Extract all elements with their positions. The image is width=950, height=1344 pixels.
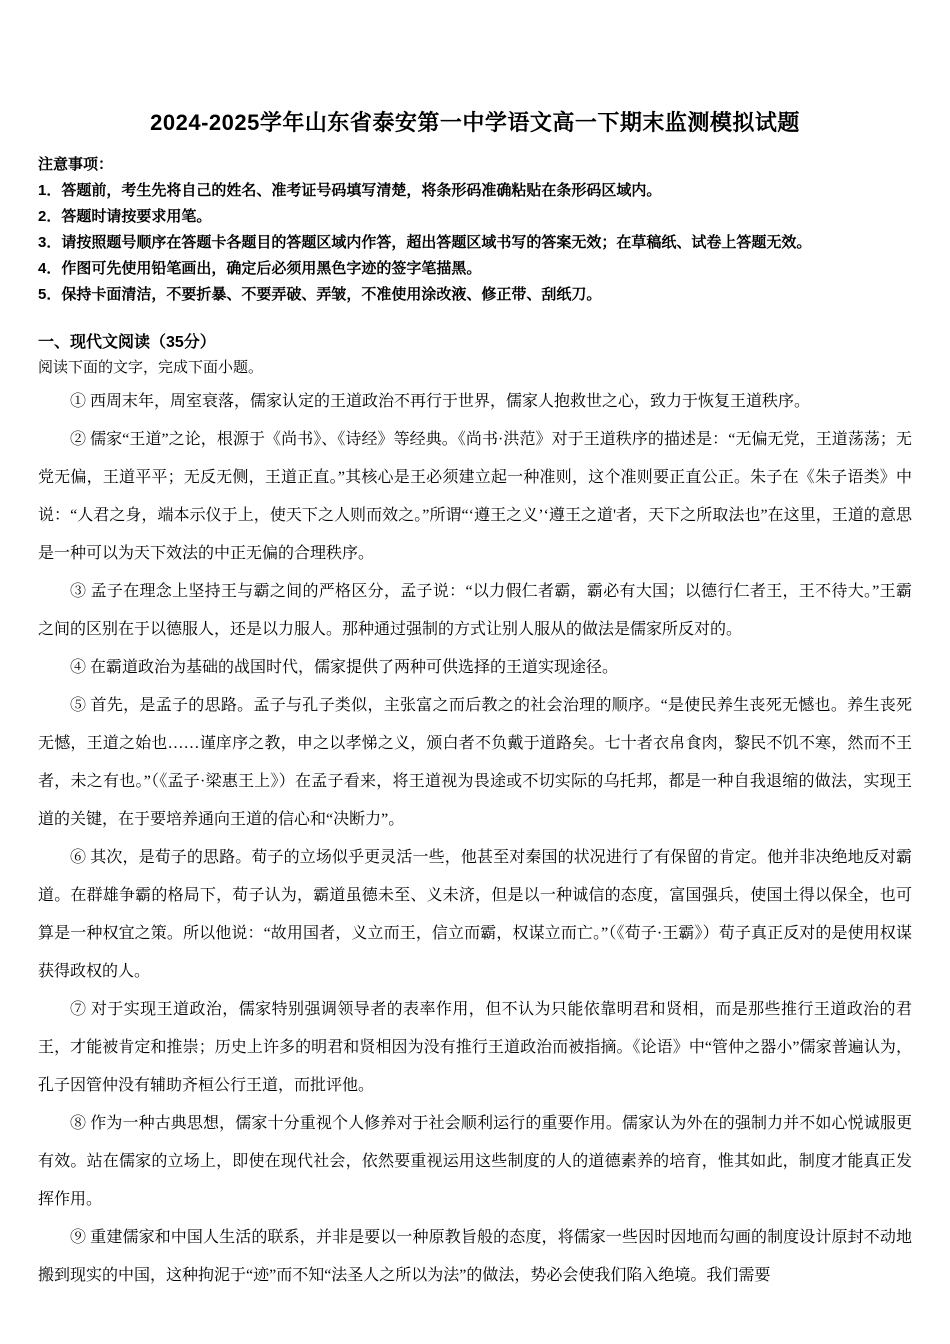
- passage-paragraph-9: ⑨ 重建儒家和中国人生活的联系，并非是要以一种原教旨般的态度，将儒家一些因时因地…: [38, 1219, 912, 1295]
- section-heading: 一、现代文阅读（35分）: [38, 330, 912, 355]
- exam-paper-page: 2024-2025学年山东省泰安第一中学语文高一下期末监测模拟试题 注意事项： …: [0, 0, 950, 1344]
- passage-paragraph-8: ⑧ 作为一种古典思想，儒家十分重视个人修养对于社会顺利运行的重要作用。儒家认为外…: [38, 1105, 912, 1219]
- reading-section: 一、现代文阅读（35分） 阅读下面的文字，完成下面小题。 ① 西周末年，周室衰落…: [38, 330, 912, 1295]
- reading-passage: ① 西周末年，周室衰落，儒家认定的王道政治不再行于世界，儒家人抱救世之心，致力于…: [38, 383, 912, 1295]
- notice-item-2: 2．答题时请按要求用笔。: [38, 204, 912, 230]
- notice-section: 注意事项： 1．答题前，考生先将自己的姓名、准考证号码填写清楚，将条形码准确粘贴…: [38, 152, 912, 308]
- passage-paragraph-5: ⑤ 首先，是孟子的思路。孟子与孔子类似，主张富之而后教之的社会治理的顺序。“是使…: [38, 687, 912, 839]
- reading-intro: 阅读下面的文字，完成下面小题。: [38, 355, 912, 381]
- passage-paragraph-7: ⑦ 对于实现王道政治，儒家特别强调领导者的表率作用，但不认为只能依靠明君和贤相，…: [38, 991, 912, 1105]
- passage-paragraph-4: ④ 在霸道政治为基础的战国时代，儒家提供了两种可供选择的王道实现途径。: [38, 649, 912, 687]
- notice-heading: 注意事项：: [38, 152, 912, 178]
- notice-item-5: 5．保持卡面清洁，不要折暴、不要弄破、弄皱，不准使用涂改液、修正带、刮纸刀。: [38, 282, 912, 308]
- passage-paragraph-2: ② 儒家“王道”之论，根源于《尚书》、《诗经》等经典。《尚书·洪范》对于王道秩序…: [38, 421, 912, 573]
- passage-paragraph-1: ① 西周末年，周室衰落，儒家认定的王道政治不再行于世界，儒家人抱救世之心，致力于…: [38, 383, 912, 421]
- notice-item-3: 3．请按照题号顺序在答题卡各题目的答题区域内作答，超出答题区域书写的答案无效；在…: [38, 230, 912, 256]
- notice-item-1: 1．答题前，考生先将自己的姓名、准考证号码填写清楚，将条形码准确粘贴在条形码区域…: [38, 178, 912, 204]
- passage-paragraph-3: ③ 孟子在理念上坚持王与霸之间的严格区分，孟子说：“以力假仁者霸，霸必有大国；以…: [38, 573, 912, 649]
- page-title: 2024-2025学年山东省泰安第一中学语文高一下期末监测模拟试题: [38, 108, 912, 138]
- notice-item-4: 4．作图可先使用铅笔画出，确定后必须用黑色字迹的签字笔描黑。: [38, 256, 912, 282]
- passage-paragraph-6: ⑥ 其次，是荀子的思路。荀子的立场似乎更灵活一些，他甚至对秦国的状况进行了有保留…: [38, 839, 912, 991]
